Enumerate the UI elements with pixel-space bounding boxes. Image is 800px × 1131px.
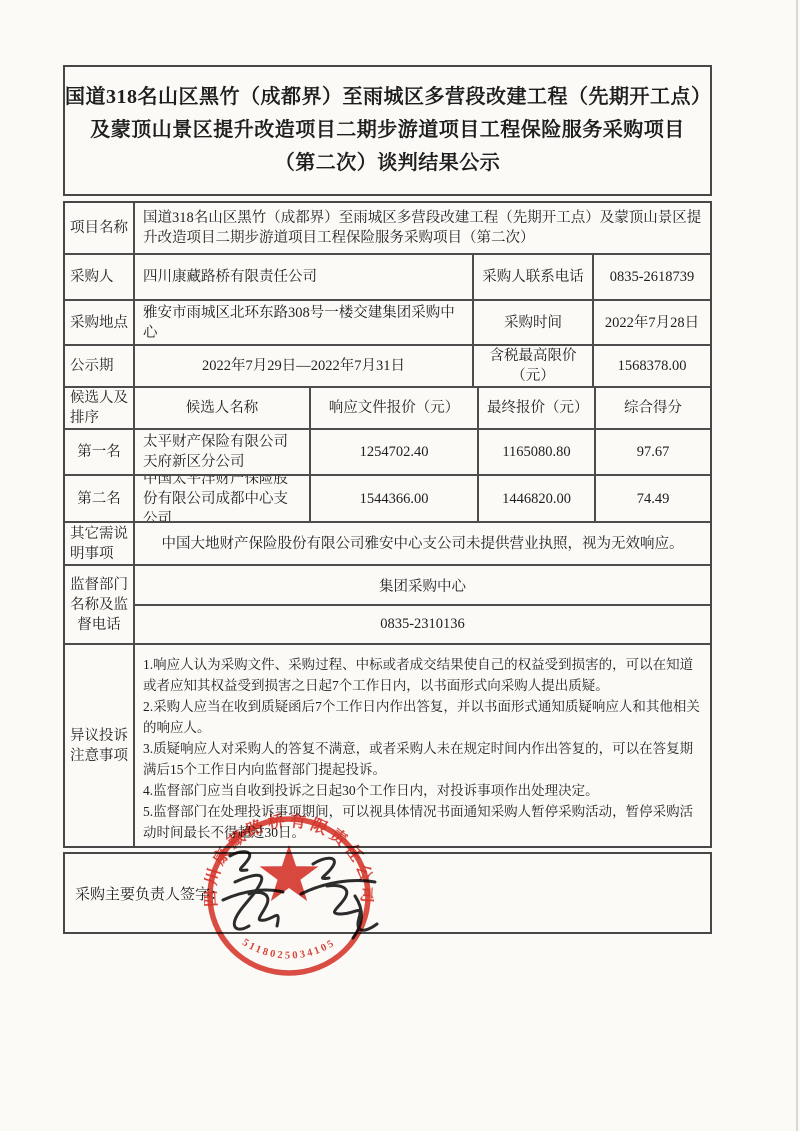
max-price-value: 1568378.00 [594, 346, 710, 386]
project-name-label: 项目名称 [65, 203, 135, 253]
objection-item-1: 1.响应人认为采购文件、采购过程、中标或者成交结果使自己的权益受到损害的，可以在… [143, 654, 702, 696]
objection-item-4: 4.监督部门应当自收到投诉之日起30个工作日内，对投诉事项作出处理决定。 [143, 780, 702, 801]
title-line-3: （第二次）谈判结果公示 [275, 147, 501, 180]
supervision-dept: 集团采购中心 [135, 566, 710, 606]
title-line-2: 及蒙顶山景区提升改造项目二期步游道项目工程保险服务采购项目 [90, 114, 685, 147]
row-location: 采购地点 雅安市雨城区北环东路308号一楼交建集团采购中心 采购时间 2022年… [65, 301, 710, 346]
purchaser-phone-label: 采购人联系电话 [474, 255, 594, 299]
col-score: 综合得分 [596, 388, 710, 428]
title-line-1: 国道318名山区黑竹（成都界）至雨城区多营段改建工程（先期开工点） [65, 81, 710, 114]
publicity-value: 2022年7月29日—2022年7月31日 [135, 346, 474, 386]
location-value: 雅安市雨城区北环东路308号一楼交建集团采购中心 [135, 301, 474, 344]
max-price-label: 含税最高限价（元） [474, 346, 594, 386]
document-title-box: 国道318名山区黑竹（成都界）至雨城区多营段改建工程（先期开工点） 及蒙顶山景区… [63, 65, 712, 196]
scanned-document-page: 国道318名山区黑竹（成都界）至雨城区多营段改建工程（先期开工点） 及蒙顶山景区… [0, 0, 800, 1131]
project-name-value: 国道318名山区黑竹（成都界）至雨城区多营段改建工程（先期开工点）及蒙顶山景区提… [135, 203, 710, 253]
row-objection: 异议投诉注意事项 1.响应人认为采购文件、采购过程、中标或者成交结果使自己的权益… [65, 645, 710, 846]
supervision-values: 集团采购中心 0835-2310136 [135, 566, 710, 643]
candidate-2-name: 中国太平洋财产保险股份有限公司成都中心支公司 [135, 476, 311, 521]
col-candidate-name: 候选人名称 [135, 388, 311, 428]
col-response-bid: 响应文件报价（元） [311, 388, 479, 428]
candidate-1-rank: 第一名 [65, 430, 135, 474]
objection-label: 异议投诉注意事项 [65, 645, 135, 846]
objection-item-3: 3.质疑响应人对采购人的答复不满意，或者采购人未在规定时间内作出答复的，可以在答… [143, 738, 702, 780]
scan-edge-shadow [796, 0, 798, 1131]
row-candidates-header: 候选人及排序 候选人名称 响应文件报价（元） 最终报价（元） 综合得分 [65, 388, 710, 430]
row-purchaser: 采购人 四川康藏路桥有限责任公司 采购人联系电话 0835-2618739 [65, 255, 710, 301]
candidate-2-rank: 第二名 [65, 476, 135, 521]
candidate-2-final: 1446820.00 [479, 476, 596, 521]
other-notes-value: 中国大地财产保险股份有限公司雅安中心支公司未提供营业执照，视为无效响应。 [135, 523, 710, 564]
supervision-phone: 0835-2310136 [135, 606, 710, 643]
col-final-bid: 最终报价（元） [479, 388, 596, 428]
signature-label: 采购主要负责人签字： [75, 883, 225, 904]
objection-content: 1.响应人认为采购文件、采购过程、中标或者成交结果使自己的权益受到损害的，可以在… [135, 645, 710, 846]
objection-item-5: 5.监督部门在处理投诉事项期间，可以视具体情况书面通知采购人暂停采购活动，暂停采… [143, 801, 702, 843]
purchase-time-label: 采购时间 [474, 301, 594, 344]
supervision-label: 监督部门名称及监督电话 [65, 566, 135, 643]
purchase-time-value: 2022年7月28日 [594, 301, 710, 344]
candidate-2-score: 74.49 [596, 476, 710, 521]
other-notes-label: 其它需说明事项 [65, 523, 135, 564]
candidate-1-bid: 1254702.40 [311, 430, 479, 474]
candidate-1-name: 太平财产保险有限公司天府新区分公司 [135, 430, 311, 474]
candidates-label: 候选人及排序 [65, 388, 135, 428]
candidate-2-bid: 1544366.00 [311, 476, 479, 521]
signature-box: 采购主要负责人签字： [63, 852, 712, 934]
objection-item-2: 2.采购人应当在收到质疑函后7个工作日内作出答复，并以书面形式通知质疑响应人和其… [143, 696, 702, 738]
result-table: 项目名称 国道318名山区黑竹（成都界）至雨城区多营段改建工程（先期开工点）及蒙… [63, 201, 712, 848]
row-candidate-1: 第一名 太平财产保险有限公司天府新区分公司 1254702.40 1165080… [65, 430, 710, 476]
row-project-name: 项目名称 国道318名山区黑竹（成都界）至雨城区多营段改建工程（先期开工点）及蒙… [65, 203, 710, 255]
row-publicity: 公示期 2022年7月29日—2022年7月31日 含税最高限价（元） 1568… [65, 346, 710, 388]
candidate-1-final: 1165080.80 [479, 430, 596, 474]
row-supervision: 监督部门名称及监督电话 集团采购中心 0835-2310136 [65, 566, 710, 645]
location-label: 采购地点 [65, 301, 135, 344]
publicity-label: 公示期 [65, 346, 135, 386]
purchaser-phone-value: 0835-2618739 [594, 255, 710, 299]
seal-code-text: 5118025034105 [240, 937, 338, 961]
purchaser-label: 采购人 [65, 255, 135, 299]
row-candidate-2: 第二名 中国太平洋财产保险股份有限公司成都中心支公司 1544366.00 14… [65, 476, 710, 523]
candidate-1-score: 97.67 [596, 430, 710, 474]
purchaser-value: 四川康藏路桥有限责任公司 [135, 255, 474, 299]
row-other-notes: 其它需说明事项 中国大地财产保险股份有限公司雅安中心支公司未提供营业执照，视为无… [65, 523, 710, 566]
